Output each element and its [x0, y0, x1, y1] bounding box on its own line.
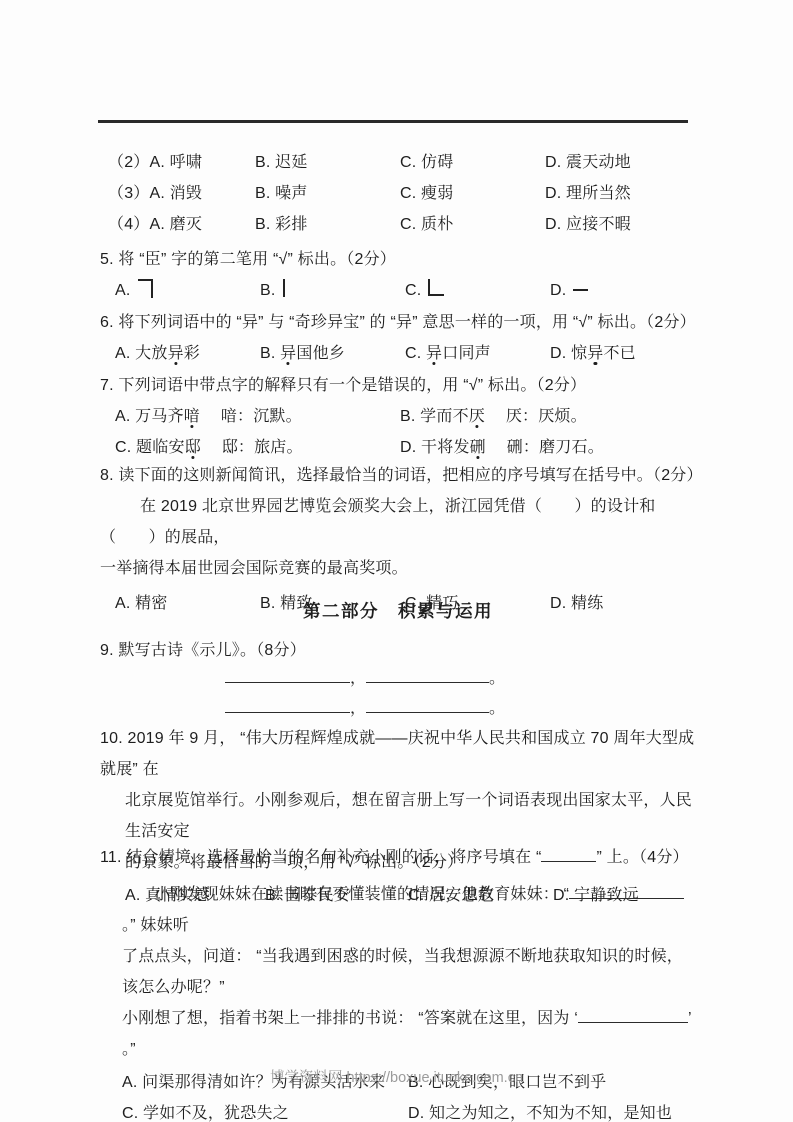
question-11-options: C. 学如不及，犹恐失之 D. 知之为知之，不知为不知，是知也 — [122, 1098, 696, 1122]
option-c: C. 异口同声 — [405, 338, 550, 369]
question-stem: 7. 下列词语中带点字的解释只有一个是错误的，用 “√” 标出。（2分） — [100, 370, 696, 401]
option-b: B. 彩排 — [255, 209, 400, 240]
question-5-options: A. B. C. D. — [115, 275, 696, 306]
question-7-options: A. 万马齐喑 喑：沉默。 B. 学而不厌 厌：厌烦。 — [115, 401, 696, 432]
word-choice-row: （3）A. 消毁 B. 噪声 C. 瘦弱 D. 理所当然 — [108, 178, 696, 209]
word-choice-row: （2）A. 呼啸 B. 迟延 C. 仿碍 D. 震天动地 — [108, 147, 696, 178]
period: 。 — [489, 670, 505, 687]
word-choice-row: （4）A. 磨灭 B. 彩排 C. 质朴 D. 应接不暇 — [108, 209, 696, 240]
dialogue-line3: 小刚想了想，指着书架上一排排的书说： “答案就在这里，因为 ‘’ 。” — [122, 1003, 696, 1065]
option-a: A. 大放异彩 — [115, 338, 260, 369]
option-a: A. — [115, 275, 260, 306]
answer-blank — [225, 669, 350, 683]
dialogue-line2: 了点点头，问道： “当我遇到困惑的时候，当我想源源不断地获取知识的时候，该怎么办… — [122, 941, 696, 1003]
watermark-footer: 博学资料网 https://boxue.ituoke.com.cn — [0, 1066, 793, 1090]
option-d: D. 惊异不已 — [550, 338, 696, 369]
option-c: C. 学如不及，犹恐失之 — [122, 1098, 408, 1122]
question-stem: 11. 结合情境，选择最恰当的名句补充小刚的话，将序号填在 “” 上。（4分） — [100, 842, 696, 873]
dialogue-line1: 小刚发现妹妹在读书时有不懂装懂的情况，他教育妹妹： “。” 妹妹听 — [122, 879, 696, 941]
top-rule — [98, 120, 688, 123]
option-d: D. — [550, 275, 696, 306]
option-c: C. 质朴 — [400, 209, 545, 240]
question-7-options: C. 题临安邸 邸：旅店。 D. 干将发硎 硎：磨刀石。 — [115, 432, 696, 463]
question-7: 7. 下列词语中带点字的解释只有一个是错误的，用 “√” 标出。（2分） A. … — [100, 370, 696, 463]
question-stem-line1: 10. 2019 年 9 月， “伟大历程辉煌成就——庆祝中华人民共和国成立 7… — [100, 723, 696, 785]
question-5: 5. 将 “臣” 字的第二笔用 “√” 标出。（2分） A. B. C. D. — [100, 244, 696, 306]
answer-blank — [366, 669, 489, 683]
answer-blank — [578, 1009, 688, 1023]
word-choice-rows: （2）A. 呼啸 B. 迟延 C. 仿碍 D. 震天动地 （3）A. 消毁 B.… — [100, 147, 696, 240]
comma: ， — [350, 700, 366, 717]
question-stem-line2: 北京展览馆举行。小刚参观后，想在留言册上写一个词语表现出国家太平，人民生活安定 — [125, 785, 696, 847]
question-9: 9. 默写古诗《示儿》。（8分） — [100, 635, 696, 666]
question-stem: 9. 默写古诗《示儿》。（8分） — [100, 635, 696, 666]
news-paragraph-line2: 一举摘得本届世园会国际竞赛的最高奖项。 — [100, 553, 696, 584]
poem-blank-line-1: ，。 — [225, 664, 505, 694]
option-a: （4）A. 磨灭 — [108, 209, 255, 240]
answer-blank — [225, 699, 350, 713]
question-stem: 8. 读下面的这则新闻简讯，选择最恰当的词语，把相应的序号填写在括号中。（2分） — [100, 460, 696, 491]
question-stem: 6. 将下列词语中的 “异” 与 “奇珍异宝” 的 “异” 意思一样的一项，用 … — [100, 307, 696, 338]
answer-blank — [366, 699, 489, 713]
question-stem: 5. 将 “臣” 字的第二笔用 “√” 标出。（2分） — [100, 244, 696, 275]
option-c: C. — [405, 275, 550, 306]
option-c: C. 题临安邸 邸：旅店。 — [115, 432, 400, 463]
section-heading: 第二部分 积累与运用 — [100, 596, 696, 627]
question-6: 6. 将下列词语中的 “异” 与 “奇珍异宝” 的 “异” 意思一样的一项，用 … — [100, 307, 696, 369]
option-d: D. 干将发硎 硎：磨刀石。 — [400, 432, 696, 463]
question-6-options: A. 大放异彩 B. 异国他乡 C. 异口同声 D. 惊异不已 — [115, 338, 696, 369]
dialogue-paragraph: 小刚发现妹妹在读书时有不懂装懂的情况，他教育妹妹： “。” 妹妹听 了点点头，问… — [122, 879, 696, 1065]
option-d: D. 应接不暇 — [545, 209, 696, 240]
comma: ， — [350, 670, 366, 687]
poem-blank-line-2: ，。 — [225, 694, 505, 724]
option-b: B. 学而不厌 厌：厌烦。 — [400, 401, 696, 432]
answer-blank — [541, 848, 596, 862]
option-b: B. — [260, 275, 405, 306]
period: 。 — [489, 700, 505, 717]
option-b: B. 迟延 — [255, 147, 400, 178]
answer-blank — [569, 885, 684, 899]
stroke-shuzhe-icon — [428, 279, 444, 296]
news-paragraph-line1: 在 2019 北京世界园艺博览会颁奖大会上，浙江园凭借（ ）的设计和（ ）的展品… — [100, 491, 696, 553]
option-b: B. 异国他乡 — [260, 338, 405, 369]
option-c: C. 瘦弱 — [400, 178, 545, 209]
stroke-hengzhe-icon — [138, 279, 153, 298]
stroke-heng-icon — [573, 289, 588, 291]
option-a: （3）A. 消毁 — [108, 178, 255, 209]
stroke-shu-icon — [283, 279, 285, 297]
option-c: C. 仿碍 — [400, 147, 545, 178]
option-d: D. 知之为知之，不知为不知，是知也 — [408, 1098, 696, 1122]
option-d: D. 理所当然 — [545, 178, 696, 209]
option-d: D. 震天动地 — [545, 147, 696, 178]
option-a: A. 万马齐喑 喑：沉默。 — [115, 401, 400, 432]
option-b: B. 噪声 — [255, 178, 400, 209]
option-a: （2）A. 呼啸 — [108, 147, 255, 178]
